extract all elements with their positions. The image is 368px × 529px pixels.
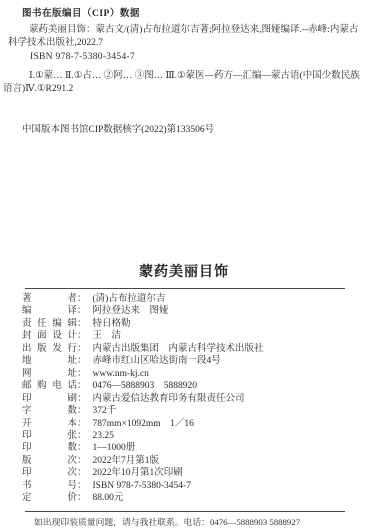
colophon-colon: ：: [77, 305, 87, 317]
colophon-label: 网址: [22, 368, 77, 380]
colophon-row: 网址：www.nm-kj.cn: [22, 368, 364, 380]
colophon-colon: ：: [77, 492, 87, 504]
colophon-colon: ：: [77, 442, 87, 454]
colophon-label: 书号: [22, 480, 77, 492]
colophon-row: 责任编辑：特日格勒: [22, 318, 364, 330]
colophon-colon: ：: [77, 355, 87, 367]
colophon-colon: ：: [77, 480, 87, 492]
colophon-colon: ：: [77, 418, 87, 430]
colophon-value: 赤峰市红山区哈达街南一段4号: [93, 355, 221, 367]
colophon-label: 印次: [22, 467, 77, 479]
colophon-colon: ：: [77, 293, 87, 305]
colophon-row: 封面设计：王 洁: [22, 330, 364, 342]
colophon-label: 印刷: [22, 393, 77, 405]
colophon-label: 开本: [22, 418, 77, 430]
colophon-label: 责任编辑: [22, 318, 77, 330]
colophon-row: 出版发行：内蒙古出版集团 内蒙古科学技术出版社: [22, 343, 364, 355]
colophon-row: 印数：1—1000册: [22, 442, 364, 454]
colophon-row: 邮购电话：0476—5888903 5888920: [22, 380, 364, 392]
colophon-row: 编译：阿拉登达来 图娅: [22, 305, 364, 317]
colophon-row: 书号：ISBN 978-7-5380-3454-7: [22, 480, 364, 492]
colophon-label: 印张: [22, 430, 77, 442]
colophon-value: ISBN 978-7-5380-3454-7: [93, 480, 191, 492]
colophon-label: 印数: [22, 442, 77, 454]
colophon-row: 印刷：内蒙古爱信达教育印务有限责任公司: [22, 393, 364, 405]
colophon-row: 印张：23.25: [22, 430, 364, 442]
colophon-colon: ：: [77, 318, 87, 330]
colophon-row: 开本：787mm×1092mm 1／16: [22, 418, 364, 430]
colophon-label: 地址: [22, 355, 77, 367]
colophon-list: 著者：(清)占布拉道尔吉编译：阿拉登达来 图娅责任编辑：特日格勒封面设计：王 洁…: [22, 293, 364, 505]
colophon-label: 封面设计: [22, 330, 77, 342]
colophon-label: 出版发行: [22, 343, 77, 355]
colophon-row: 字数：372千: [22, 405, 364, 417]
colophon-value: 内蒙古爱信达教育印务有限责任公司: [93, 393, 245, 405]
colophon-label: 编译: [22, 305, 77, 317]
colophon-label: 版次: [22, 455, 77, 467]
cip-description: 蒙药美丽目饰：蒙古文/(清)占布拉道尔吉著;阿拉登达来,图娅编译.--赤峰:内蒙…: [8, 24, 364, 50]
copyright-page: 图书在版编目（CIP）数据 蒙药美丽目饰：蒙古文/(清)占布拉道尔吉著;阿拉登达…: [0, 0, 368, 529]
colophon-row: 印次：2022年10月第1次印刷: [22, 467, 364, 479]
colophon-value: 1—1000册: [93, 442, 136, 454]
colophon-label: 著者: [22, 293, 77, 305]
colophon-colon: ：: [77, 380, 87, 392]
colophon-value: 0476—5888903 5888920: [93, 380, 198, 392]
colophon-row: 版次：2022年7月第1版: [22, 455, 364, 467]
colophon-value: 23.25: [93, 430, 114, 442]
cip-classification: Ⅰ.①蒙… Ⅱ.①占… ②阿… ③图… Ⅲ.①蒙医—药方—汇编—蒙古语(中国少数…: [3, 70, 364, 96]
colophon-label: 定价: [22, 492, 77, 504]
book-title: 蒙药美丽目饰: [0, 261, 368, 281]
colophon-value: 2022年10月第1次印刷: [93, 467, 183, 479]
colophon-row: 地址：赤峰市红山区哈达街南一段4号: [22, 355, 364, 367]
quality-notice: 如出现印装质量问题，请与我社联系。电话：0476—5888903 5888927: [34, 515, 300, 528]
colophon-colon: ：: [77, 343, 87, 355]
colophon-row: 定价：88.00元: [22, 492, 364, 504]
colophon-value: 特日格勒: [93, 318, 131, 330]
cip-header: 图书在版编目（CIP）数据: [22, 5, 140, 19]
colophon-value: 88.00元: [93, 492, 124, 504]
colophon-row: 著者：(清)占布拉道尔吉: [22, 293, 364, 305]
cip-record-number: 中国版本图书馆CIP数据核字(2022)第133506号: [22, 121, 214, 135]
colophon-colon: ：: [77, 393, 87, 405]
colophon-value: 787mm×1092mm 1／16: [93, 418, 194, 430]
colophon-value: 阿拉登达来 图娅: [93, 305, 169, 317]
colophon-colon: ：: [77, 368, 87, 380]
colophon-value: 372千: [93, 405, 117, 417]
cip-isbn: ISBN 978-7-5380-3454-7: [30, 52, 135, 62]
colophon-label: 邮购电话: [22, 380, 77, 392]
colophon-value: 内蒙古出版集团 内蒙古科学技术出版社: [93, 343, 264, 355]
colophon-colon: ：: [77, 467, 87, 479]
colophon-value: (清)占布拉道尔吉: [93, 293, 166, 305]
colophon-colon: ：: [77, 430, 87, 442]
colophon-label: 字数: [22, 405, 77, 417]
colophon-value: 2022年7月第1版: [93, 455, 160, 467]
footer-divider: [25, 511, 345, 512]
colophon-colon: ：: [77, 455, 87, 467]
colophon-value: 王 洁: [93, 330, 122, 342]
title-divider: [25, 288, 345, 289]
colophon-value: www.nm-kj.cn: [93, 368, 149, 380]
colophon-colon: ：: [77, 330, 87, 342]
colophon-colon: ：: [77, 405, 87, 417]
